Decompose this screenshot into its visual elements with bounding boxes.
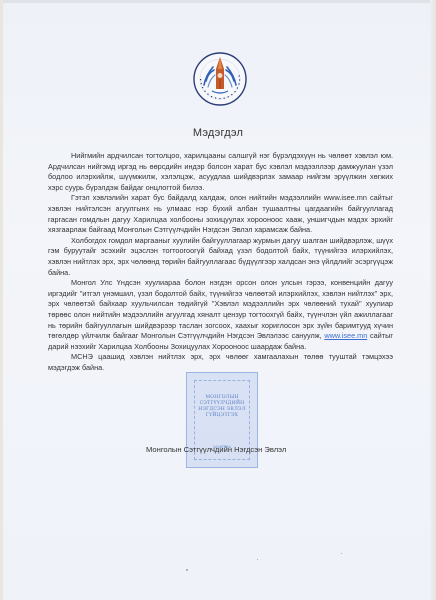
isee-url-text: www.isee.mn <box>324 193 367 202</box>
scan-speck <box>257 559 258 560</box>
isee-link[interactable]: www.isee.mn <box>324 331 367 340</box>
union-emblem-icon <box>192 49 248 109</box>
page-right-edge <box>430 0 436 600</box>
paragraph-2: Гэтэл хэвлэлийн харат бус байдалд халдаж… <box>48 193 393 235</box>
paragraph-4: Монгол Улс Үндсэн хуулиараа болон нэгдэн… <box>48 278 393 352</box>
document-body: Нийгмийн ардчилсан тогтолцоо, харилцааны… <box>48 151 393 373</box>
document-title: Мэдэгдэл <box>0 127 436 139</box>
paragraph-2-text-before: Гэтэл хэвлэлийн харат бус байдалд халдаж… <box>71 193 324 202</box>
page-top-edge <box>0 0 436 3</box>
scanned-document-page: Мэдэгдэл Нийгмийн ардчилсан тогтолцоо, х… <box>0 0 436 600</box>
stamp-line-4: ГҮЙЦЭТГЭХ <box>187 413 257 419</box>
signature-line: Монголын Сэтгүүлчдийн Нэгдсэн Эвлэл <box>146 445 286 454</box>
page-left-edge <box>0 0 3 600</box>
paragraph-5: МСНЭ цаашид хэвлэн нийтлэх эрх, эрх чөлө… <box>48 352 393 373</box>
scan-speck <box>186 569 188 571</box>
scan-speck <box>341 553 342 554</box>
paragraph-3: Холбогдох гомдол маргааныг хуулийн байгу… <box>48 236 393 278</box>
paragraph-1: Нийгмийн ардчилсан тогтолцоо, харилцааны… <box>48 151 393 193</box>
stamp-text: МОНГОЛЫН СЭТГҮҮЛЧДИЙН НЭГДСЭН ЭВЛЭЛ ГҮЙЦ… <box>187 395 257 419</box>
